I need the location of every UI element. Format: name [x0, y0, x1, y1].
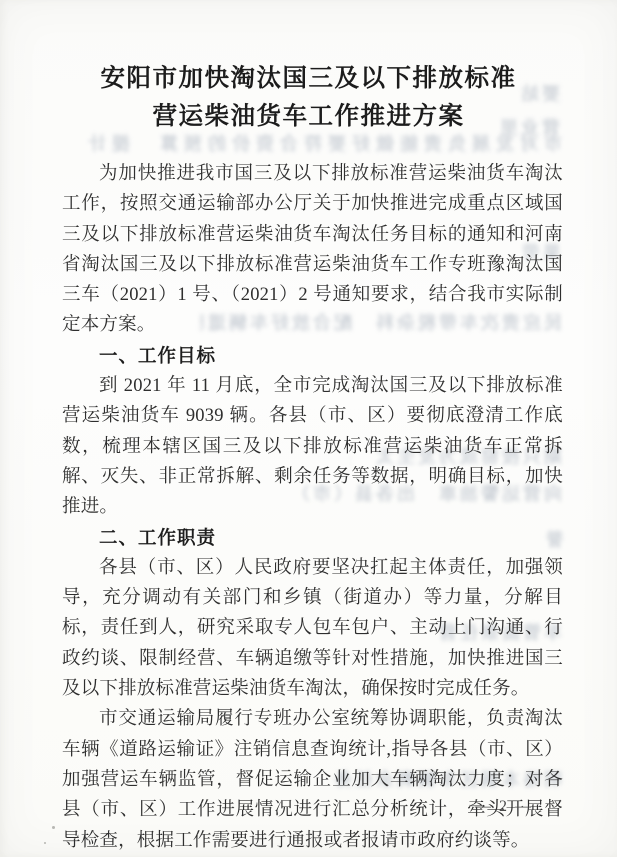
scan-speck [52, 826, 55, 829]
section-heading-work-goal: 一、工作目标 [62, 341, 563, 371]
document-title: 安阳市加快淘汰国三及以下排放标准 营运柴油货车工作推进方案 [58, 60, 559, 136]
document-title-line-1: 安阳市加快淘汰国三及以下排放标准 [58, 60, 559, 98]
paragraph-work-goal: 到 2021 年 11 月底，全市完成淘汰国三及以下排放标准营运柴油货车 903… [62, 371, 563, 522]
paragraph-county-duty: 各县（市、区）人民政府要坚决扛起主体责任，加强领导，充分调动有关部门和乡镇（街道… [62, 553, 563, 704]
bleedthrough-smudge: 市对发展负责能做好要符合资价的预算 提计 关发和管 [64, 134, 562, 154]
paragraph-intro: 为加快推进我市国三及以下排放标准营运柴油货车淘汰工作，按照交通运输部办公厅关于加… [62, 159, 563, 341]
section-heading-work-duty: 二、工作职责 [62, 523, 563, 553]
scanned-document-page: 要站 营业里 市对发展负责能做好要符合资价的预算 提计 关发和管 果劳 民应责次… [0, 0, 617, 857]
document-title-line-2: 营运柴油货车工作推进方案 [58, 98, 559, 136]
scan-speck [44, 842, 46, 844]
document-body: 为加快推进我市国三及以下排放标准营运柴油货车淘汰工作，按照交通运输部办公厅关于加… [62, 159, 563, 856]
page-number: — 2 — [475, 798, 533, 816]
paragraph-transport-bureau-duty: 市交通运输局履行专班办公室统筹协调职能，负责淘汰车辆《道路运输证》注销信息查询统… [62, 704, 563, 855]
